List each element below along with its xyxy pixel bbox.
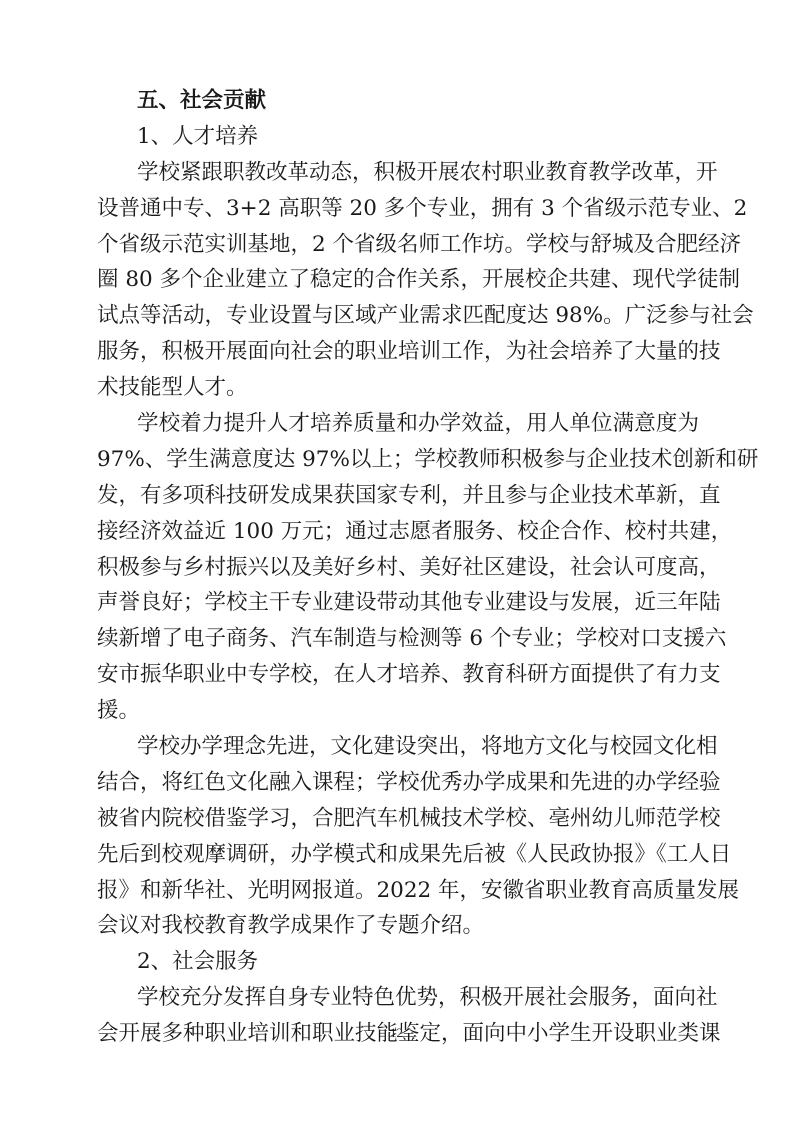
paragraph-line: 积极参与乡村振兴以及美好乡村、美好社区建设，社会认可度高， — [97, 550, 699, 586]
paragraph-line: 结合，将红色文化融入课程；学校优秀办学成果和先进的办学经验 — [97, 765, 699, 801]
paragraph-line: 声誉良好；学校主干专业建设带动其他专业建设与发展，近三年陆 — [97, 585, 699, 621]
paragraph-line: 发，有多项科技研发成果获国家专利，并且参与企业技术革新，直 — [97, 478, 699, 514]
paragraph-line: 续新增了电子商务、汽车制造与检测等 6 个专业；学校对口支援六 — [97, 621, 699, 657]
paragraph-line: 会议对我校教育教学成果作了专题介绍。 — [97, 908, 699, 944]
paragraph-line: 圈 80 多个企业建立了稳定的合作关系，开展校企共建、现代学徒制 — [97, 262, 699, 298]
subsection-title-social-service: 2、社会服务 — [97, 944, 699, 980]
paragraph-line: 接经济效益近 100 万元；通过志愿者服务、校企合作、校村共建， — [97, 514, 699, 550]
paragraph-line: 学校着力提升人才培养质量和办学效益，用人单位满意度为 — [97, 406, 699, 442]
document-page: 五、社会贡献 1、人才培养 学校紧跟职教改革动态，积极开展农村职业教育教学改革，… — [97, 83, 699, 1052]
paragraph-line: 97%、学生满意度达 97%以上；学校教师积极参与企业技术创新和研 — [97, 442, 699, 478]
subsection-title-talent-cultivation: 1、人才培养 — [97, 119, 699, 155]
paragraph-line: 术技能型人才。 — [97, 370, 699, 406]
paragraph-3: 学校办学理念先进，文化建设突出，将地方文化与校园文化相 结合，将红色文化融入课程… — [97, 729, 699, 944]
paragraph-line: 安市振华职业中专学校，在人才培养、教育科研方面提供了有力支 — [97, 657, 699, 693]
paragraph-2: 学校着力提升人才培养质量和办学效益，用人单位满意度为 97%、学生满意度达 97… — [97, 406, 699, 729]
page-number: 12 — [0, 1025, 793, 1041]
paragraph-1: 学校紧跟职教改革动态，积极开展农村职业教育教学改革，开 设普通中专、3+2 高职… — [97, 155, 699, 406]
paragraph-line: 学校紧跟职教改革动态，积极开展农村职业教育教学改革，开 — [97, 155, 699, 191]
paragraph-line: 援。 — [97, 693, 699, 729]
paragraph-line: 试点等活动，专业设置与区域产业需求匹配度达 98%。广泛参与社会 — [97, 298, 699, 334]
paragraph-line: 设普通中专、3+2 高职等 20 多个专业，拥有 3 个省级示范专业、2 — [97, 191, 699, 227]
paragraph-line: 个省级示范实训基地，2 个省级名师工作坊。学校与舒城及合肥经济 — [97, 227, 699, 263]
paragraph-line: 被省内院校借鉴学习，合肥汽车机械技术学校、亳州幼儿师范学校 — [97, 801, 699, 837]
paragraph-line: 服务，积极开展面向社会的职业培训工作，为社会培养了大量的技 — [97, 334, 699, 370]
paragraph-line: 学校充分发挥自身专业特色优势，积极开展社会服务，面向社 — [97, 980, 699, 1016]
paragraph-4: 学校充分发挥自身专业特色优势，积极开展社会服务，面向社 会开展多种职业培训和职业… — [97, 980, 699, 1052]
paragraph-line: 报》和新华社、光明网报道。2022 年，安徽省职业教育高质量发展 — [97, 873, 699, 909]
section-heading: 五、社会贡献 — [97, 83, 699, 119]
paragraph-line: 学校办学理念先进，文化建设突出，将地方文化与校园文化相 — [97, 729, 699, 765]
paragraph-line: 先后到校观摩调研，办学模式和成果先后被《人民政协报》《工人日 — [97, 837, 699, 873]
